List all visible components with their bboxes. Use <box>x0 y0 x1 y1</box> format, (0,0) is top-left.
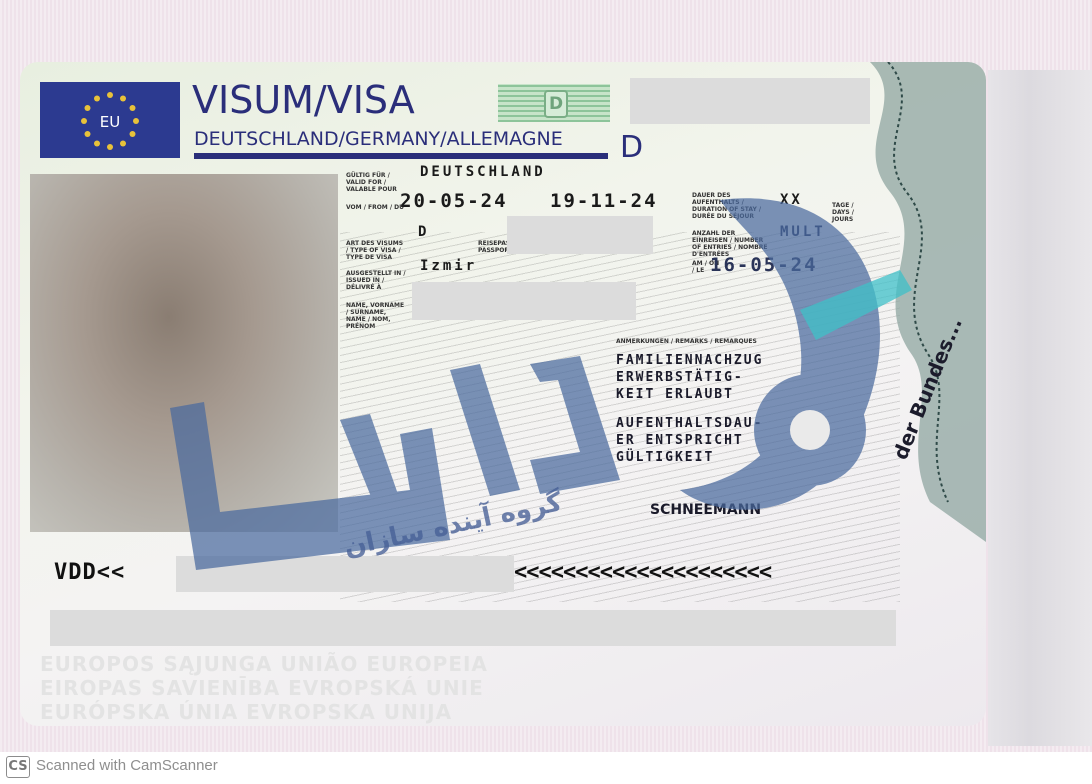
redacted-mrz-line2 <box>50 610 896 646</box>
hologram-d: D <box>498 84 610 122</box>
eu-flag: EU <box>40 82 180 158</box>
camscanner-label: Scanned with CamScanner <box>36 757 218 774</box>
eu-background-text: EUROPOS SĄJUNGA UNIÃO EUROPEIA EIROPAS S… <box>40 652 488 724</box>
scan-edge-shadow <box>988 70 1092 746</box>
hologram-letter: D <box>544 90 568 118</box>
microprint-band <box>194 153 608 159</box>
visa-title: VISUM/VISA <box>192 78 415 122</box>
mrz-line1-prefix: VDD<< <box>54 560 125 585</box>
camscanner-logo-icon: CS <box>6 756 30 778</box>
svg-text:EU: EU <box>100 113 120 131</box>
eu-stars-icon: EU <box>40 82 180 158</box>
country-subtitle: DEUTSCHLAND/GERMANY/ALLEMAGNE <box>194 128 563 150</box>
